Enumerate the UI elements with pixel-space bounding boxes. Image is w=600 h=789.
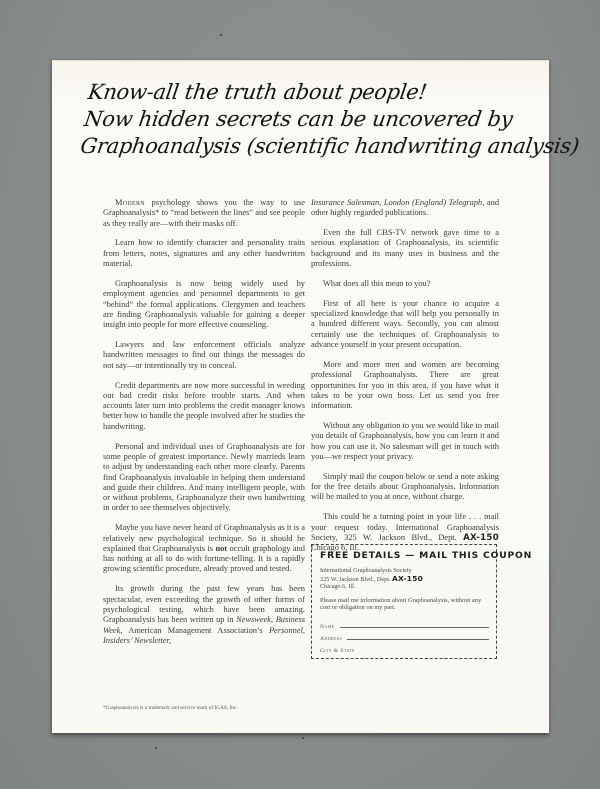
coupon-dept-code: AX-150	[392, 574, 423, 583]
coupon-field-name[interactable]: Name	[320, 618, 489, 630]
right-column: Insurance Salesman, London (England) Tel…	[311, 198, 499, 563]
name-blank-line[interactable]	[340, 627, 489, 628]
field-label: City & State	[320, 648, 355, 654]
coupon-field-address[interactable]: Address	[320, 630, 489, 642]
paragraph: Even the full CBS-TV network gave time t…	[311, 228, 499, 269]
field-label: Address	[320, 636, 342, 642]
magazine-back-cover: Know-all the truth about people! Now hid…	[52, 60, 549, 733]
paragraph: Simply mail the coupon below or send a n…	[311, 472, 499, 503]
paragraph: Its growth during the past few years has…	[103, 584, 305, 646]
paragraph: Graphoanalysis is now being widely used …	[103, 279, 305, 330]
lead-word: Modern	[115, 198, 145, 207]
paragraph: Maybe you have never heard of Graphoanal…	[103, 523, 305, 574]
paragraph: Credit departments are now more successf…	[103, 381, 305, 432]
paragraph: First of all here is your chance to acqu…	[311, 299, 499, 350]
paragraph: Personal and individual uses of Graphoan…	[103, 442, 305, 514]
dust-speck	[155, 747, 157, 749]
coupon-street: 325 W. Jackson Blvd., Dept.	[320, 576, 390, 583]
mail-coupon: FREE DETAILS — MAIL THIS COUPON Internat…	[311, 544, 497, 659]
field-label: Name	[320, 624, 335, 630]
emphasis: not	[215, 544, 227, 553]
left-column: Modern psychology shows you the way to u…	[103, 198, 305, 656]
coupon-city: Chicago 6, Ill.	[320, 583, 489, 591]
address-blank-line[interactable]	[347, 639, 489, 640]
headline-line: Graphoanalysis (scientific handwriting a…	[79, 133, 523, 160]
paragraph: What does all this mean to you?	[311, 279, 499, 289]
paragraph: Lawyers and law enforcement officials an…	[103, 340, 305, 371]
publication-names: Insurance Salesman, London (England) Tel…	[311, 198, 484, 207]
headline-line: Know-all the truth about people!	[86, 79, 530, 106]
paragraph-text: American Management Association’s	[122, 626, 268, 635]
handwritten-headline: Know-all the truth about people! Now hid…	[79, 79, 530, 160]
coupon-street-line: 325 W. Jackson Blvd., Dept. AX-150	[320, 575, 489, 584]
paragraph: Insurance Salesman, London (England) Tel…	[311, 198, 499, 219]
coupon-address: International Graphoanalysis Society 325…	[320, 567, 489, 591]
coupon-field-city-state[interactable]: City & State	[320, 642, 489, 654]
paragraph: Modern psychology shows you the way to u…	[103, 198, 305, 229]
coupon-title: FREE DETAILS — MAIL THIS COUPON	[320, 550, 489, 561]
dept-code: AX-150	[463, 533, 499, 543]
dust-speck	[302, 737, 304, 739]
trademark-footnote: *Graphoanalysis is a trademark and servi…	[103, 705, 313, 711]
paragraph: More and more men and women are becoming…	[311, 360, 499, 411]
paragraph: Learn how to identify character and pers…	[103, 238, 305, 269]
headline-line: Now hidden secrets can be uncovered by	[82, 106, 526, 133]
paragraph: Without any obligation to you we would l…	[311, 421, 499, 462]
coupon-message: Please mail me information about Graphoa…	[320, 597, 489, 612]
dust-speck	[220, 34, 222, 36]
